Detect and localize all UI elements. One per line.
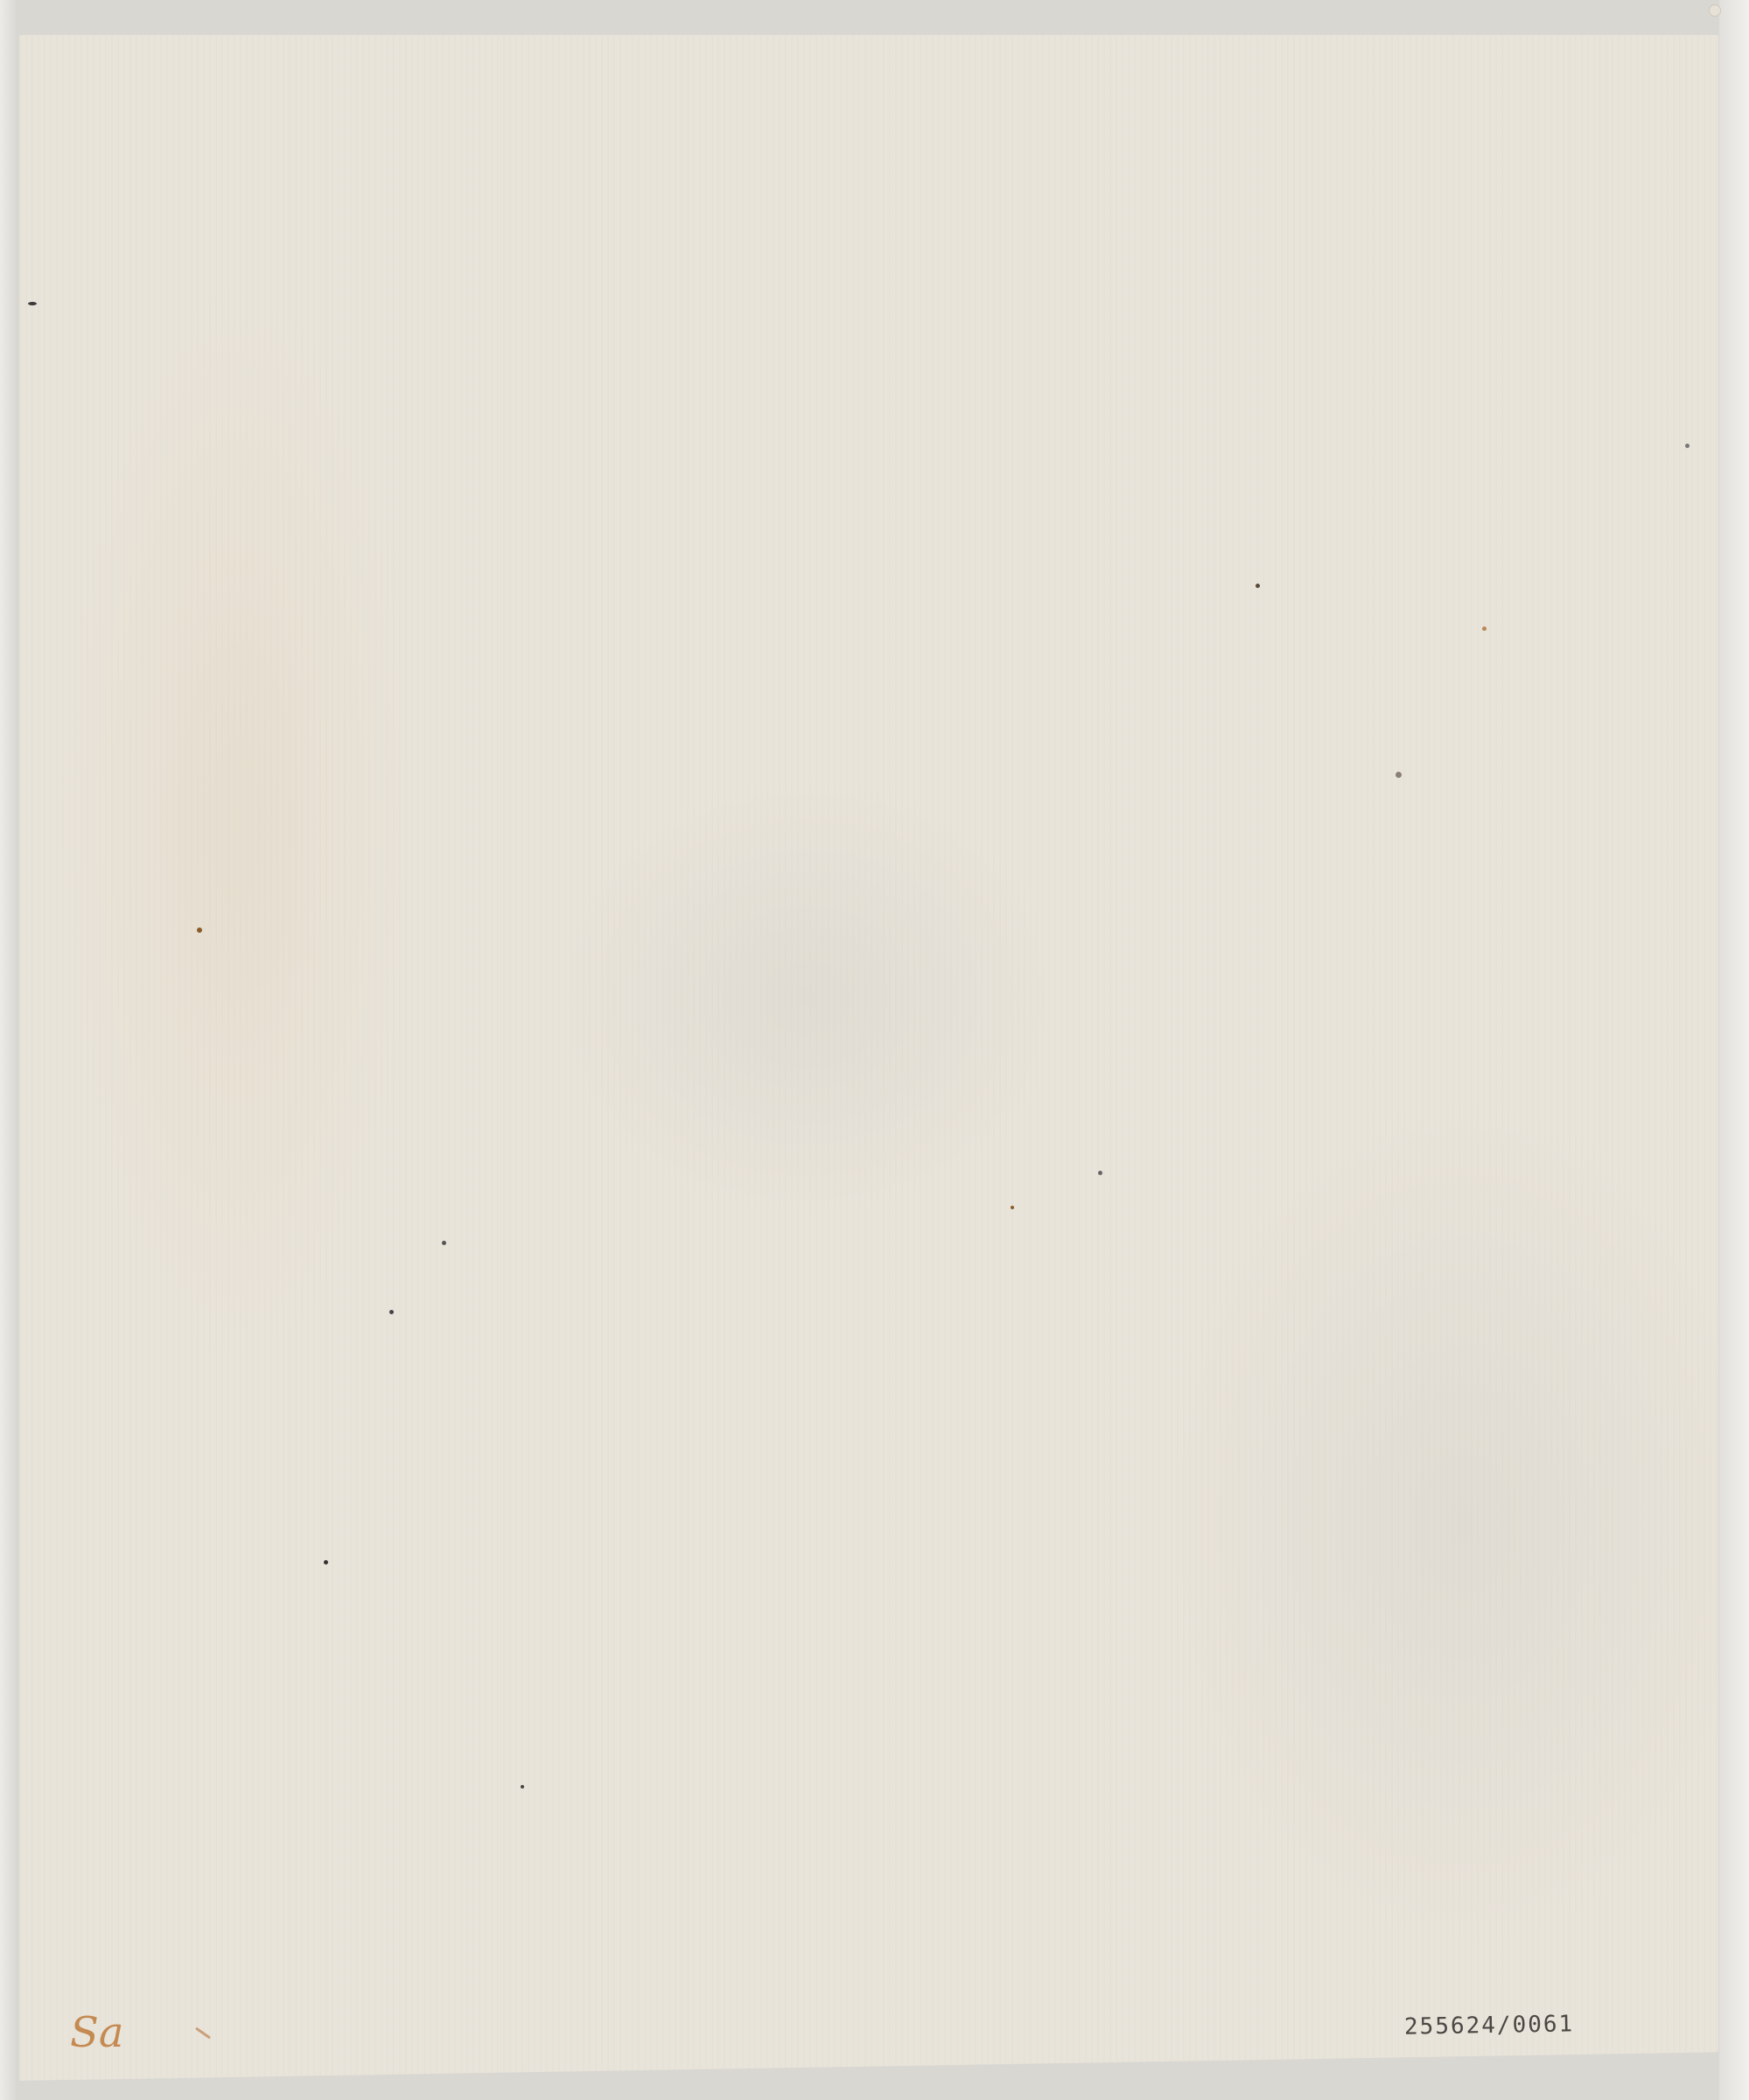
fleck (521, 1785, 524, 1788)
fleck (1482, 626, 1487, 631)
fleck (1685, 444, 1690, 448)
paper-sheet (19, 35, 1718, 2081)
fleck (1098, 1171, 1102, 1175)
fleck (197, 927, 202, 933)
fleck (1396, 772, 1402, 778)
ink-speck (28, 302, 37, 305)
fleck (442, 1241, 446, 1245)
fleck (1011, 1206, 1014, 1209)
scan-left-margin (0, 0, 16, 2100)
fleck (324, 1560, 328, 1564)
fleck (389, 1310, 394, 1314)
pin-mark-icon (1709, 4, 1721, 17)
ink-inscription: Sa (70, 2008, 124, 2057)
scan-right-margin (1719, 0, 1749, 2100)
inventory-number: 255624/0061 (1404, 2011, 1575, 2040)
fleck (1256, 584, 1260, 588)
